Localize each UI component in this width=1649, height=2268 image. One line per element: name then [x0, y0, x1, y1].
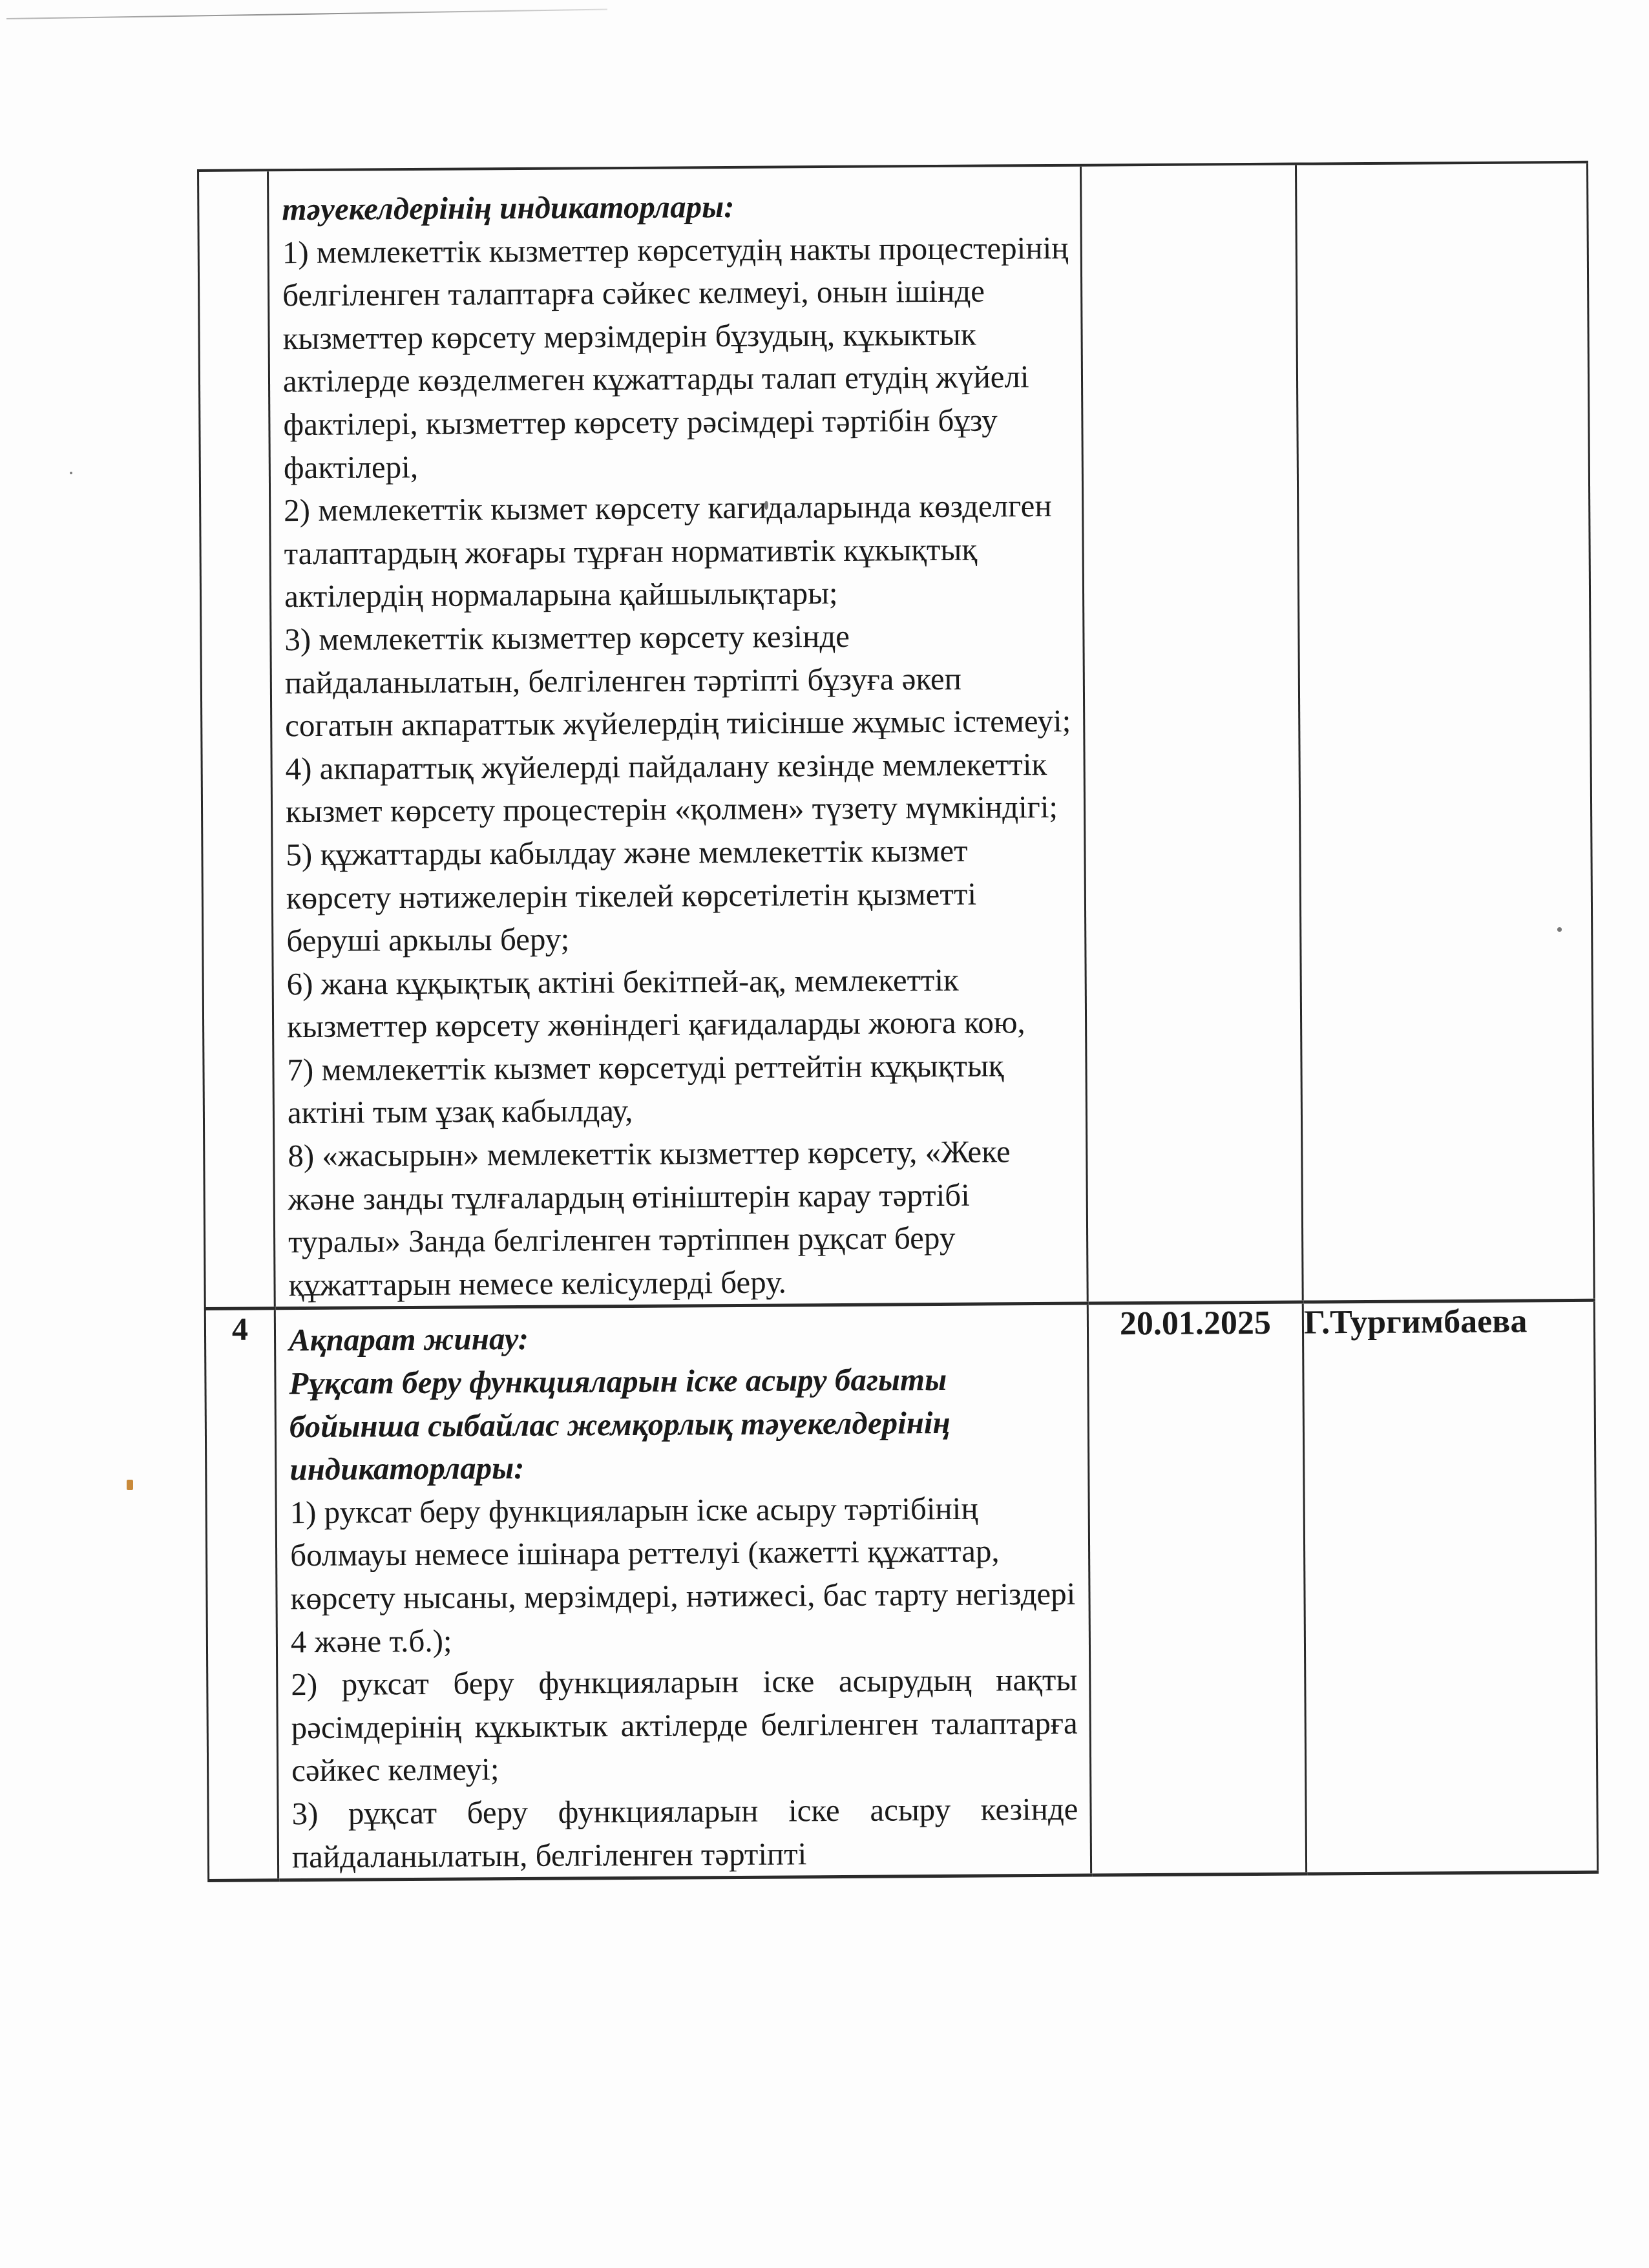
indicators-heading: Рұқсат беру функцияларын іске асыру багы… — [289, 1358, 1076, 1491]
indicator-item: 8) «жасырын» мемлекеттік кызметтер көрсе… — [288, 1130, 1075, 1307]
responsible-cell — [1296, 162, 1594, 1303]
scan-artifact-line — [6, 8, 607, 19]
table-row: тәуекелдерінің индикаторлары: 1) мемлеке… — [198, 162, 1595, 1309]
measures-table: тәуекелдерінің индикаторлары: 1) мемлеке… — [197, 161, 1599, 1882]
indicator-item: 3) мемлекеттік кызметтер көрсету кезінде… — [284, 614, 1071, 748]
measure-heading: Ақпарат жинау: — [289, 1314, 1075, 1362]
indicator-item: 2) мемлекеттік кызмет көрсету кагидалары… — [284, 485, 1071, 618]
indicator-item: 1) руксат беру функцияларын іске асыру т… — [290, 1487, 1078, 1664]
indicator-item: 1) мемлекеттік кызметтер көрсетудің накт… — [282, 226, 1070, 489]
measure-description-cell: Ақпарат жинау: Рұқсат беру функцияларын … — [275, 1304, 1091, 1880]
indicator-item: 4) акпараттық жүйелерді пайдалану кезінд… — [285, 742, 1072, 834]
scan-speck — [764, 501, 768, 510]
indicator-item: 7) мемлекеттік кызмет көрсетуді реттейті… — [287, 1044, 1074, 1135]
measure-description-cell: тәуекелдерінің индикаторлары: 1) мемлеке… — [268, 165, 1088, 1309]
indicator-item: 3) рұқсат беру функцияларын іске асыру к… — [291, 1788, 1078, 1879]
scan-speck — [127, 1480, 133, 1490]
indicator-item: 6) жана кұқықтық актіні бекітпей-ақ, мем… — [287, 958, 1074, 1049]
responsible-cell: Г.Тургимбаева — [1303, 1301, 1597, 1874]
date-cell: 20.01.2025 — [1087, 1303, 1306, 1876]
indicator-item: 5) құжаттарды кабылдау және мемлекеттік … — [286, 829, 1073, 963]
table-row: 4 Ақпарат жинау: Рұқсат беру функциялары… — [205, 1301, 1597, 1881]
indicators-heading: тәуекелдерінің индикаторлары: — [282, 184, 1068, 231]
indicator-item: 2) руксат беру функцияларын іске асыруды… — [291, 1659, 1078, 1792]
row-number-cell — [198, 170, 275, 1309]
scan-speck — [1557, 927, 1562, 932]
date-cell — [1080, 164, 1303, 1304]
scan-speck — [70, 472, 72, 474]
row-number-cell: 4 — [205, 1308, 278, 1880]
